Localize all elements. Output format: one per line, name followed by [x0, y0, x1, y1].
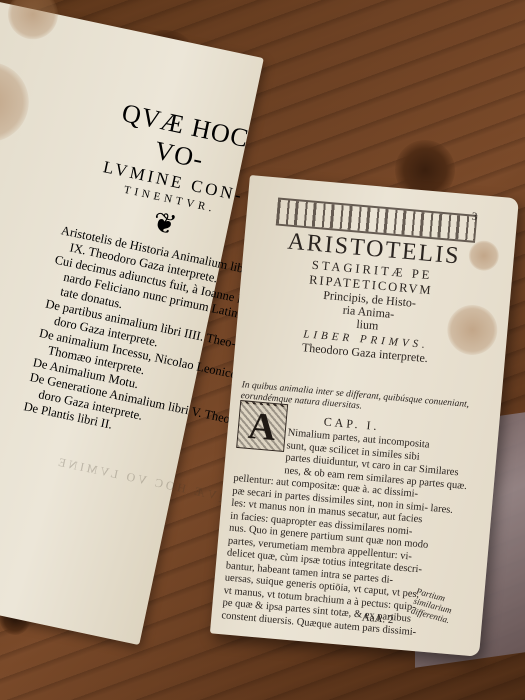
- stain: [0, 55, 36, 150]
- right-page-heading: ARISTOTELIS STAGIRITÆ PE RIPATETICORVM P…: [255, 227, 485, 371]
- right-page: 3 ARISTOTELIS STAGIRITÆ PE RIPATETICORVM…: [210, 175, 519, 657]
- stain: [3, 0, 62, 44]
- drop-cap-letter: A: [237, 403, 287, 451]
- drop-cap-initial: A: [236, 400, 288, 452]
- page-number: 3: [471, 211, 478, 223]
